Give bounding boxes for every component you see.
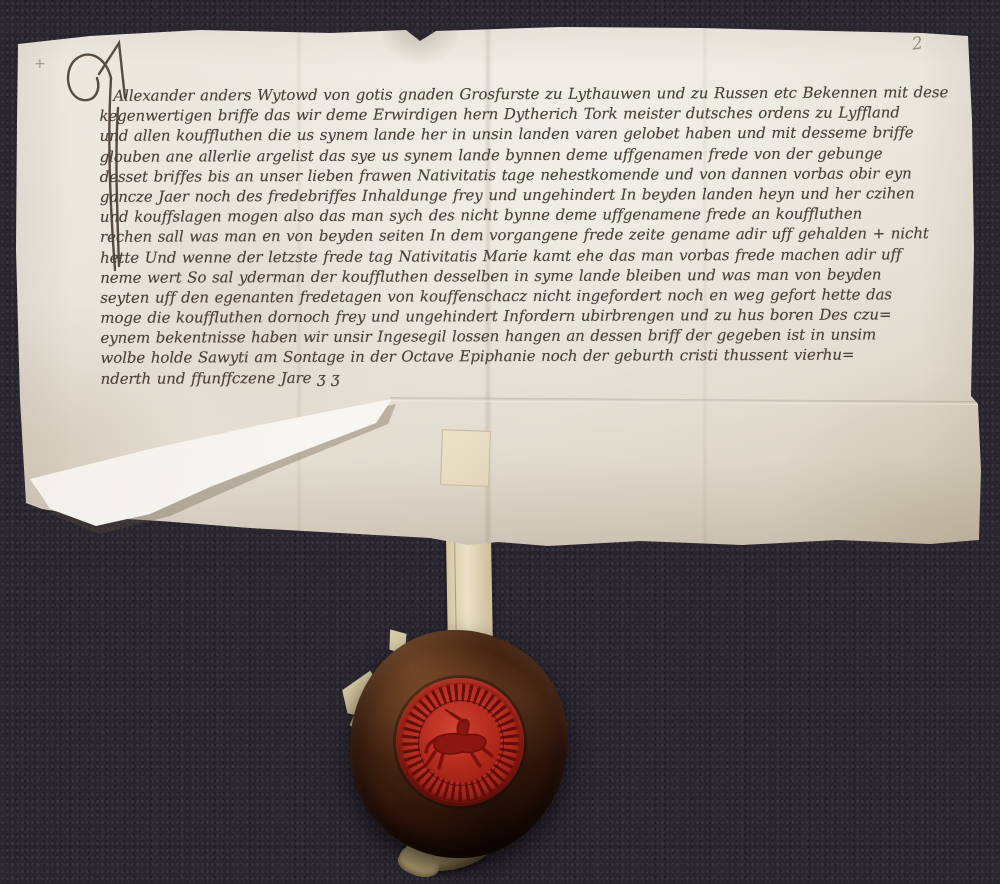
charter-text: Allexander anders Wytowd von gotis gnade… [99, 82, 950, 389]
wax-seal [348, 628, 570, 860]
plica-crease [390, 397, 978, 405]
text-line: nderth und ffunffczene Jare ʒ ʒ [101, 365, 951, 389]
archival-number: 2 [911, 33, 925, 54]
photo-background: + 2 Allexander anders Wytowd von gotis g… [0, 0, 1000, 884]
text-line: wolbe holde Sawyti am Sontage in der Oct… [100, 345, 950, 369]
cross-mark: + [34, 56, 46, 72]
parchment-patch [440, 429, 491, 487]
mounted-knight-icon [422, 708, 498, 774]
